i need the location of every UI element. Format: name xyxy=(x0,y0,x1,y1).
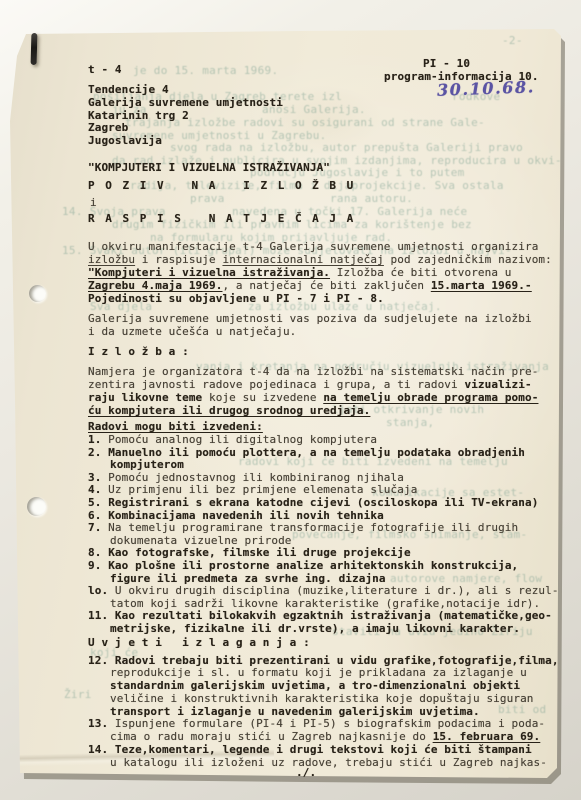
para-namjera: raju likovne teme koje su izvedene na te… xyxy=(88,391,538,404)
para-intro: Pojedinosti su objavljene u PI - 7 i PI … xyxy=(88,292,384,305)
handwritten-date: 30.10.68. xyxy=(437,78,535,99)
project-code: t - 4 xyxy=(88,63,122,76)
heading-poziv: P O Z I V N A I Z L O Ž B U xyxy=(88,179,355,192)
list-item: veličine i konstruktivnih karakteristika… xyxy=(110,692,534,705)
list-item: 4. Uz primjenu ili bez primjene elemenat… xyxy=(88,483,417,496)
list-item: 5. Registrirani s ekrana katodne cijevi … xyxy=(88,496,538,509)
para-namjera: ću kompjutera ili drugog srodnog uredjaj… xyxy=(88,404,370,417)
para-intro: U okviru manifestacije t-4 Galerija suvr… xyxy=(88,240,538,253)
list-item: u katalogu ili izloženi uz radove, treba… xyxy=(110,756,547,769)
sender-line: Tendencije 4 xyxy=(88,83,169,96)
list-item: 11. Kao rezultati bilokakvih egzaktnih i… xyxy=(88,609,552,622)
list-item: 14. Teze,komentari, legende i drugi teks… xyxy=(88,743,532,756)
para-namjera: Namjera je organizatora t-4 da na izložb… xyxy=(88,365,538,378)
para-invite: Galerija suvremene umjetnosti vas poziva… xyxy=(88,312,532,325)
para-intro: Zagrebu 4.maja 1969., a natječaj će biti… xyxy=(88,279,532,292)
list-item: standardnim galerijskim uvjetima, a tro-… xyxy=(110,679,520,692)
list-item: reprodukcije i sl. u formatu koji je pri… xyxy=(110,666,527,679)
list-item: cima o radu moraju stići u Zagreb najkas… xyxy=(110,730,540,743)
list-item: 7. Na temelju programirane transformacij… xyxy=(88,521,518,534)
para-intro: izložbu i raspisuje internacionalni natj… xyxy=(88,253,552,266)
continuation-mark: ./. xyxy=(296,766,316,779)
heading-raspis: R A S P I S N A T J E Č A J A xyxy=(88,212,355,225)
para-namjera: zentira javnosti radove pojedinaca i gru… xyxy=(88,378,532,391)
list-item: 13. Ispunjene formulare (PI-4 i PI-5) s … xyxy=(88,717,545,730)
scanned-document-photo: { "meta": { "handwritten_date": "30.10.6… xyxy=(0,0,581,800)
heading-uvjeti: U v j e t i i z l a g a n j a : xyxy=(88,636,310,649)
list-item: lo. U okviru drugih disciplina (muzike,l… xyxy=(88,584,559,597)
sender-line: Zagreb xyxy=(88,121,128,134)
sender-line: Jugoslavija xyxy=(88,134,162,147)
list-item: 8. Kao fotografske, filmske ili druge pr… xyxy=(88,546,411,559)
doc-title: "KOMPJUTERI I VIZUELNA ISTRAŽIVANJA" xyxy=(88,161,330,174)
heading-izlozba: I z l o ž b a : xyxy=(88,345,189,358)
list-item: 9. Kao plošne ili prostorne analize arhi… xyxy=(88,559,518,572)
heading-i: i xyxy=(90,196,97,209)
doc-reference: PI - 10 xyxy=(423,57,470,70)
para-intro: "Kompjuteri i vizuelna istraživanja. Izl… xyxy=(88,266,512,279)
list-item: metrijske, fizikalne ili dr.vrste), a im… xyxy=(110,622,520,635)
sender-line: Galerija suvremene umjetnosti xyxy=(88,96,283,109)
list-heading: Radovi mogu biti izvedeni: xyxy=(88,420,263,433)
photo-frame: -2-je do 15. marta 1969.pošiljanja djela… xyxy=(0,0,581,800)
typewritten-text-layer: t - 4PI - 10program-informacija 10.Tende… xyxy=(0,0,581,800)
list-item: 1. Pomoću analnog ili digitalnog kompjut… xyxy=(88,433,377,446)
para-invite: i da uzmete učešća u natječaju. xyxy=(88,325,296,338)
list-item: kompjuterom xyxy=(110,458,184,471)
